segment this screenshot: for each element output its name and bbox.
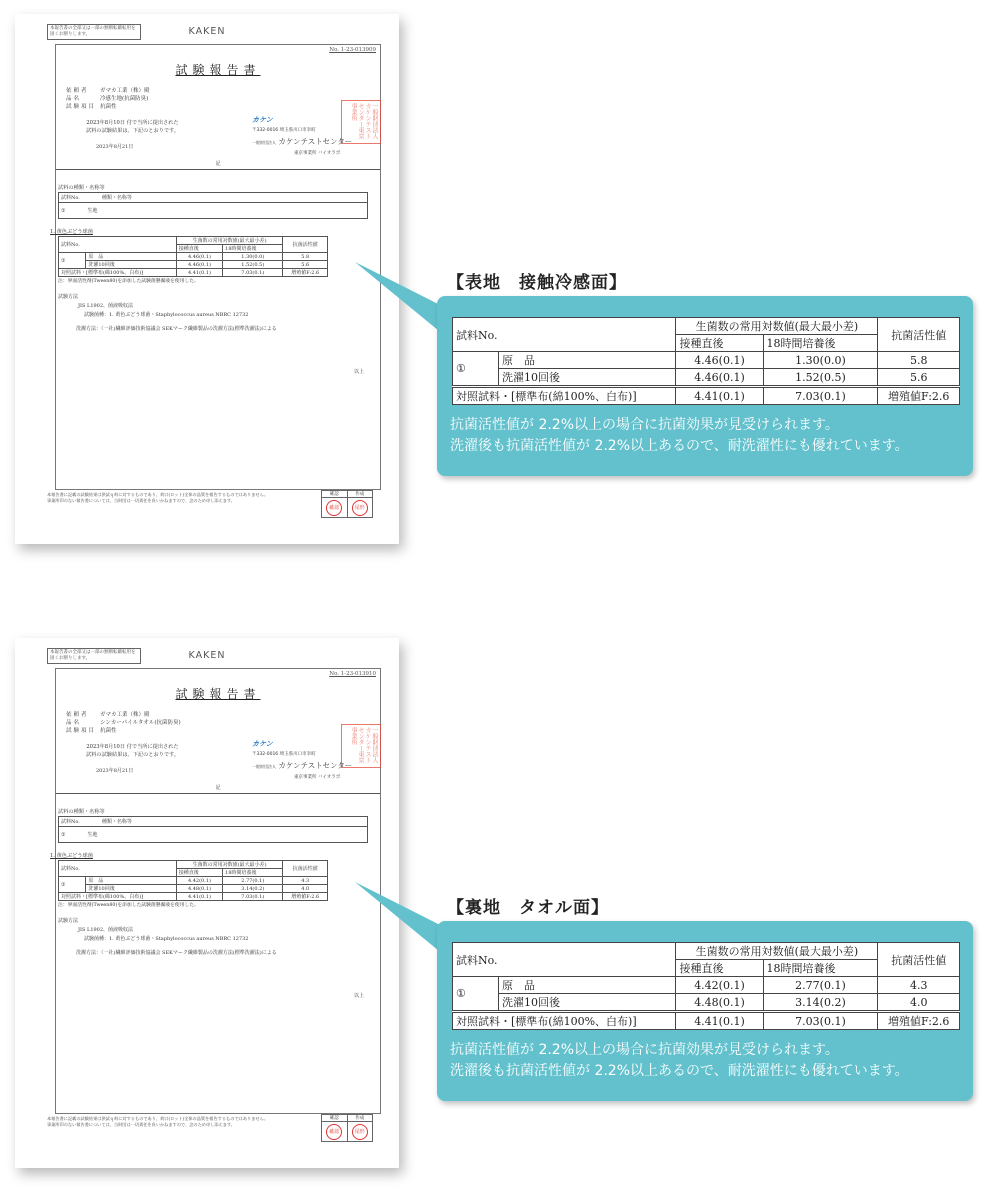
sample-no-header: 試料No. [61, 819, 80, 825]
activity-value: 5.6 [283, 261, 328, 269]
panel-title: 【裏地 タオル面】 [447, 893, 609, 918]
method-heading: 試験方法 [58, 917, 277, 926]
confirm-label: 確認 [322, 1115, 347, 1122]
activity-value: 4.3 [283, 877, 328, 885]
control-row: 対照試料・[標準布(綿100%、白布)]4.41(0.1)7.03(0.1)増殖… [59, 893, 328, 901]
row-label: 洗濯10回後 [499, 994, 676, 1012]
report-title: 試験報告書 [56, 61, 380, 78]
footer-line: 事業所印のない報告書については、当財団は一切責任を負いかねますので、念のため申し… [47, 498, 317, 504]
row-label: 洗濯10回後 [499, 369, 676, 387]
sample-kind-heading: 試料の種類・名称等 [58, 808, 105, 815]
intro-text: 2023年8月10日 付で当所に提出された 試料の試験結果は、下記のとおりです。 [86, 743, 179, 759]
col-activity-header: 抗菌活性値 [878, 943, 960, 977]
col-group-header: 生菌数の常用対数値(最大最小差) [176, 237, 283, 245]
control-label: 対照試料・[標準布(綿100%、白布)] [59, 893, 177, 901]
control-label: 対照試料・[標準布(綿100%、白布)] [59, 269, 177, 277]
test-item-label: 試験項目 [66, 103, 100, 111]
initial-value: 4.46(0.1) [176, 261, 222, 269]
message-line: 洗濯後も抗菌活性値が 2.2%以上あるので、耐洗濯性にも優れています。 [450, 1061, 909, 1082]
product-label: 品名 [66, 95, 100, 103]
initial-value: 4.46(0.1) [176, 253, 222, 261]
panel-message: 抗菌活性値が 2.2%以上の場合に抗菌効果が見受けられます。 洗濯後も抗菌活性値… [450, 415, 909, 457]
kind-name: 生地 [87, 831, 97, 838]
initial-value: 4.46(0.1) [676, 369, 763, 387]
table-row: ①原 品4.42(0.1)2.77(0.1)4.3 [453, 977, 960, 994]
lab-address: 〒332-0016 埼玉県川口市幸町 [252, 751, 352, 757]
intro-line: 2023年8月10日 付で当所に提出された [86, 743, 179, 751]
sample-kind-heading: 試料の種類・名称等 [58, 184, 105, 191]
table-row: 洗濯10回後4.48(0.1)3.14(0.2)4.0 [59, 885, 328, 893]
col-activity-header: 抗菌活性値 [283, 237, 328, 253]
lab-org: 一般財団法人 カケンテストセンター [252, 760, 352, 771]
row-label: 洗濯10回後 [86, 261, 176, 269]
lab-info: カケン 〒332-0016 埼玉県川口市幸町 一般財団法人 カケンテストセンター… [252, 115, 352, 156]
divider [56, 169, 380, 170]
col-sample-header: 試料No. [453, 318, 676, 352]
divider [56, 793, 380, 794]
message-line: 洗濯後も抗菌活性値が 2.2%以上あるので、耐洗濯性にも優れています。 [450, 436, 909, 457]
sample-id: ① [59, 253, 86, 269]
lab-address: 〒332-0016 埼玉県川口市幸町 [252, 127, 352, 133]
col-initial-header: 接種直後 [176, 869, 222, 877]
col-18h-header: 18時間培養後 [223, 869, 283, 877]
report-date: 2023年8月21日 [96, 767, 133, 774]
report-date: 2023年8月21日 [96, 143, 133, 150]
product-name: シンカーパイルタオル(抗菌防臭) [100, 720, 181, 726]
intro-line: 試料の試験結果は、下記のとおりです。 [86, 127, 179, 135]
growth-value: 増殖値F:2.6 [878, 1012, 960, 1030]
method-washing: 洗濯方法：（一社)繊維評価技術協議会 SEKマーク繊維製品の洗濯方法(標準洗濯法… [58, 949, 277, 958]
after18h-value: 7.03(0.1) [763, 387, 878, 405]
report-meta: 依頼者ガマカ工業（株）殿 品名冷感生地(抗菌防臭) 試験項目抗菌性 [66, 87, 150, 111]
test-report-document: 本報告書の全部又は一部の無断転載転用を固くお断りします。 KAKEN No. 1… [15, 14, 399, 544]
create-label: 作成 [348, 1115, 373, 1122]
sample-id: ① [59, 877, 86, 893]
ki-mark: 記 [56, 784, 380, 791]
official-seal-stamp: 一般財団法人カケンテストセンター東京事業所 [341, 724, 381, 768]
after18h-value: 3.14(0.2) [763, 994, 878, 1012]
initial-value: 4.41(0.1) [676, 387, 763, 405]
initial-value: 4.42(0.1) [176, 877, 222, 885]
table-row: 洗濯10回後4.46(0.1)1.52(0.5)5.6 [59, 261, 328, 269]
sample-kind-table: 試料No.種類・名称等 ①生地 [58, 816, 368, 843]
result-callout-panel: 試料No.生菌数の常用対数値(最大最小差)抗菌活性値 接種直後18時間培養後 ①… [437, 296, 973, 476]
brand-header: KAKEN [15, 26, 399, 37]
sample-no-header: 試料No. [61, 195, 80, 201]
intro-line: 試料の試験結果は、下記のとおりです。 [86, 751, 179, 759]
growth-value: 増殖値F:2.6 [878, 387, 960, 405]
col-group-header: 生菌数の常用対数値(最大最小差) [676, 318, 878, 335]
after18h-value: 1.30(0.0) [763, 352, 878, 369]
report-frame: No. 1-23-013909 試験報告書 依頼者ガマカ工業（株）殿 品名冷感生… [55, 44, 381, 490]
intro-line: 2023年8月10日 付で当所に提出された [86, 119, 179, 127]
method-standard: JIS L1902、菌液吸収法 [58, 926, 277, 935]
table-note: 注：界面活性剤(Tween80)を添加した試験菌懸濁液を使用した。 [58, 277, 199, 284]
row-label: 原 品 [86, 253, 176, 261]
requester: ガマカ工業（株）殿 [100, 712, 150, 718]
report-meta: 依頼者ガマカ工業（株）殿 品名シンカーパイルタオル(抗菌防臭) 試験項目抗菌性 [66, 711, 181, 735]
after18h-value: 2.77(0.1) [763, 977, 878, 994]
sample-id: ① [453, 977, 499, 1012]
end-mark: 以上 [354, 992, 364, 999]
after18h-value: 1.52(0.5) [223, 261, 283, 269]
results-table: 試料No.生菌数の常用対数値(最大最小差)抗菌活性値 接種直後18時間培養後 ①… [58, 236, 328, 277]
sample-kind-table: 試料No.種類・名称等 ①生地 [58, 192, 368, 219]
enlarged-results-table: 試料No.生菌数の常用対数値(最大最小差)抗菌活性値 接種直後18時間培養後 ①… [452, 317, 960, 405]
activity-value: 5.8 [878, 352, 960, 369]
signature-box: 確認確認 作成尾形 [321, 1114, 373, 1142]
col-initial-header: 接種直後 [676, 335, 763, 352]
after18h-value: 7.03(0.1) [223, 893, 283, 901]
footer-disclaimer: 本報告書に記載の試験結果は供試ｑ料に対するものであり、荷口(ロット)全体の品質を… [47, 1116, 317, 1127]
report-frame: No. 1-23-013910 試験報告書 依頼者ガマカ工業（株）殿 品名シンカ… [55, 668, 381, 1114]
lab-org-prefix: 一般財団法人 [252, 764, 276, 769]
kind-name-header: 種類・名称等 [102, 194, 132, 201]
create-seal: 尾形 [352, 1124, 368, 1140]
after18h-value: 7.03(0.1) [223, 269, 283, 277]
table-row: ①原 品4.46(0.1)1.30(0.0)5.8 [59, 253, 328, 261]
row-label: 原 品 [499, 352, 676, 369]
growth-value: 増殖値F:2.6 [283, 893, 328, 901]
method-strain: 試験菌種：1. 黄色ぶどう球菌・Staphylococcus aureus NB… [58, 311, 277, 320]
initial-value: 4.46(0.1) [676, 352, 763, 369]
section-heading: 1. 黄色ぶどう球菌 [50, 228, 93, 235]
test-report-document: 本報告書の全部又は一部の無断転載転用を固くお断りします。 KAKEN No. 1… [15, 638, 399, 1168]
after18h-value: 7.03(0.1) [763, 1012, 878, 1030]
intro-text: 2023年8月10日 付で当所に提出された 試料の試験結果は、下記のとおりです。 [86, 119, 179, 135]
lab-branch: 東京事業所 バイオラボ [252, 150, 352, 156]
document-number: No. 1-23-013909 [329, 47, 376, 53]
col-sample-header: 試料No. [59, 861, 177, 877]
col-activity-header: 抗菌活性値 [283, 861, 328, 877]
brand-header: KAKEN [15, 650, 399, 661]
report-title: 試験報告書 [56, 685, 380, 702]
lab-logo: カケン [252, 115, 352, 125]
enlarged-results-table: 試料No.生菌数の常用対数値(最大最小差)抗菌活性値 接種直後18時間培養後 ①… [452, 942, 960, 1030]
lab-branch: 東京事業所 バイオラボ [252, 774, 352, 780]
col-18h-header: 18時間培養後 [763, 335, 878, 352]
activity-value: 4.0 [283, 885, 328, 893]
kind-name-header: 種類・名称等 [102, 818, 132, 825]
test-item: 抗菌性 [100, 104, 117, 110]
table-row: ①原 品4.46(0.1)1.30(0.0)5.8 [453, 352, 960, 369]
row-label: 原 品 [86, 877, 176, 885]
col-18h-header: 18時間培養後 [223, 245, 283, 253]
col-sample-header: 試料No. [453, 943, 676, 977]
ki-mark: 記 [56, 160, 380, 167]
footer-line: 事業所印のない報告書については、当財団は一切責任を負いかねますので、念のため申し… [47, 1122, 317, 1128]
control-label: 対照試料・[標準布(綿100%、白布)] [453, 1012, 676, 1030]
activity-value: 5.6 [878, 369, 960, 387]
col-18h-header: 18時間培養後 [763, 960, 878, 977]
create-seal: 尾形 [352, 500, 368, 516]
kind-name: 生地 [87, 207, 97, 214]
end-mark: 以上 [354, 368, 364, 375]
activity-value: 5.8 [283, 253, 328, 261]
col-sample-header: 試料No. [59, 237, 177, 253]
initial-value: 4.48(0.1) [676, 994, 763, 1012]
initial-value: 4.41(0.1) [176, 893, 222, 901]
control-row: 対照試料・[標準布(綿100%、白布)]4.41(0.1)7.03(0.1)増殖… [59, 269, 328, 277]
create-label: 作成 [348, 491, 373, 498]
col-group-header: 生菌数の常用対数値(最大最小差) [176, 861, 283, 869]
official-seal-stamp: 一般財団法人カケンテストセンター東京事業所 [341, 100, 381, 144]
test-method: 試験方法 JIS L1902、菌液吸収法 試験菌種：1. 黄色ぶどう球菌・Sta… [58, 293, 277, 334]
requester: ガマカ工業（株）殿 [100, 88, 150, 94]
panel-title: 【表地 接触冷感面】 [447, 268, 627, 293]
sample-no: ① [61, 208, 65, 214]
lab-org-prefix: 一般財団法人 [252, 140, 276, 145]
growth-value: 増殖値F:2.6 [283, 269, 328, 277]
confirm-seal: 確認 [326, 1124, 342, 1140]
initial-value: 4.42(0.1) [676, 977, 763, 994]
lab-info: カケン 〒332-0016 埼玉県川口市幸町 一般財団法人 カケンテストセンター… [252, 739, 352, 780]
requester-label: 依頼者 [66, 711, 100, 719]
test-item: 抗菌性 [100, 728, 117, 734]
activity-value: 4.0 [878, 994, 960, 1012]
method-heading: 試験方法 [58, 293, 277, 302]
row-label: 原 品 [499, 977, 676, 994]
control-row: 対照試料・[標準布(綿100%、白布)]4.41(0.1)7.03(0.1)増殖… [453, 1012, 960, 1030]
test-method: 試験方法 JIS L1902、菌液吸収法 試験菌種：1. 黄色ぶどう球菌・Sta… [58, 917, 277, 958]
product-name: 冷感生地(抗菌防臭) [100, 96, 148, 102]
result-callout-panel: 試料No.生菌数の常用対数値(最大最小差)抗菌活性値 接種直後18時間培養後 ①… [437, 921, 973, 1101]
footer-disclaimer: 本報告書に記載の試験結果は供試ｑ料に対するものであり、荷口(ロット)全体の品質を… [47, 492, 317, 503]
test-item-label: 試験項目 [66, 727, 100, 735]
message-line: 抗菌活性値が 2.2%以上の場合に抗菌効果が見受けられます。 [450, 1040, 909, 1061]
sample-no: ① [61, 832, 65, 838]
activity-value: 4.3 [878, 977, 960, 994]
signature-box: 確認確認 作成尾形 [321, 490, 373, 518]
sample-id: ① [453, 352, 499, 387]
row-label: 洗濯10回後 [86, 885, 176, 893]
method-washing: 洗濯方法：（一社)繊維評価技術協議会 SEKマーク繊維製品の洗濯方法(標準洗濯法… [58, 325, 277, 334]
control-label: 対照試料・[標準布(綿100%、白布)] [453, 387, 676, 405]
col-initial-header: 接種直後 [176, 245, 222, 253]
table-note: 注：界面活性剤(Tween80)を添加した試験菌懸濁液を使用した。 [58, 901, 199, 908]
panel-message: 抗菌活性値が 2.2%以上の場合に抗菌効果が見受けられます。 洗濯後も抗菌活性値… [450, 1040, 909, 1082]
control-row: 対照試料・[標準布(綿100%、白布)]4.41(0.1)7.03(0.1)増殖… [453, 387, 960, 405]
confirm-seal: 確認 [326, 500, 342, 516]
document-number: No. 1-23-013910 [329, 671, 376, 677]
initial-value: 4.41(0.1) [176, 269, 222, 277]
table-row: ①原 品4.42(0.1)2.77(0.1)4.3 [59, 877, 328, 885]
method-strain: 試験菌種：1. 黄色ぶどう球菌・Staphylococcus aureus NB… [58, 935, 277, 944]
section-heading: 1. 黄色ぶどう球菌 [50, 852, 93, 859]
product-label: 品名 [66, 719, 100, 727]
after18h-value: 2.77(0.1) [223, 877, 283, 885]
method-standard: JIS L1902、菌液吸収法 [58, 302, 277, 311]
lab-logo: カケン [252, 739, 352, 749]
col-initial-header: 接種直後 [676, 960, 763, 977]
confirm-label: 確認 [322, 491, 347, 498]
initial-value: 4.48(0.1) [176, 885, 222, 893]
table-row: 洗濯10回後4.48(0.1)3.14(0.2)4.0 [453, 994, 960, 1012]
requester-label: 依頼者 [66, 87, 100, 95]
after18h-value: 3.14(0.2) [223, 885, 283, 893]
after18h-value: 1.30(0.0) [223, 253, 283, 261]
col-group-header: 生菌数の常用対数値(最大最小差) [676, 943, 878, 960]
message-line: 抗菌活性値が 2.2%以上の場合に抗菌効果が見受けられます。 [450, 415, 909, 436]
table-row: 洗濯10回後4.46(0.1)1.52(0.5)5.6 [453, 369, 960, 387]
lab-org: 一般財団法人 カケンテストセンター [252, 136, 352, 147]
col-activity-header: 抗菌活性値 [878, 318, 960, 352]
initial-value: 4.41(0.1) [676, 1012, 763, 1030]
after18h-value: 1.52(0.5) [763, 369, 878, 387]
results-table: 試料No.生菌数の常用対数値(最大最小差)抗菌活性値 接種直後18時間培養後 ①… [58, 860, 328, 901]
